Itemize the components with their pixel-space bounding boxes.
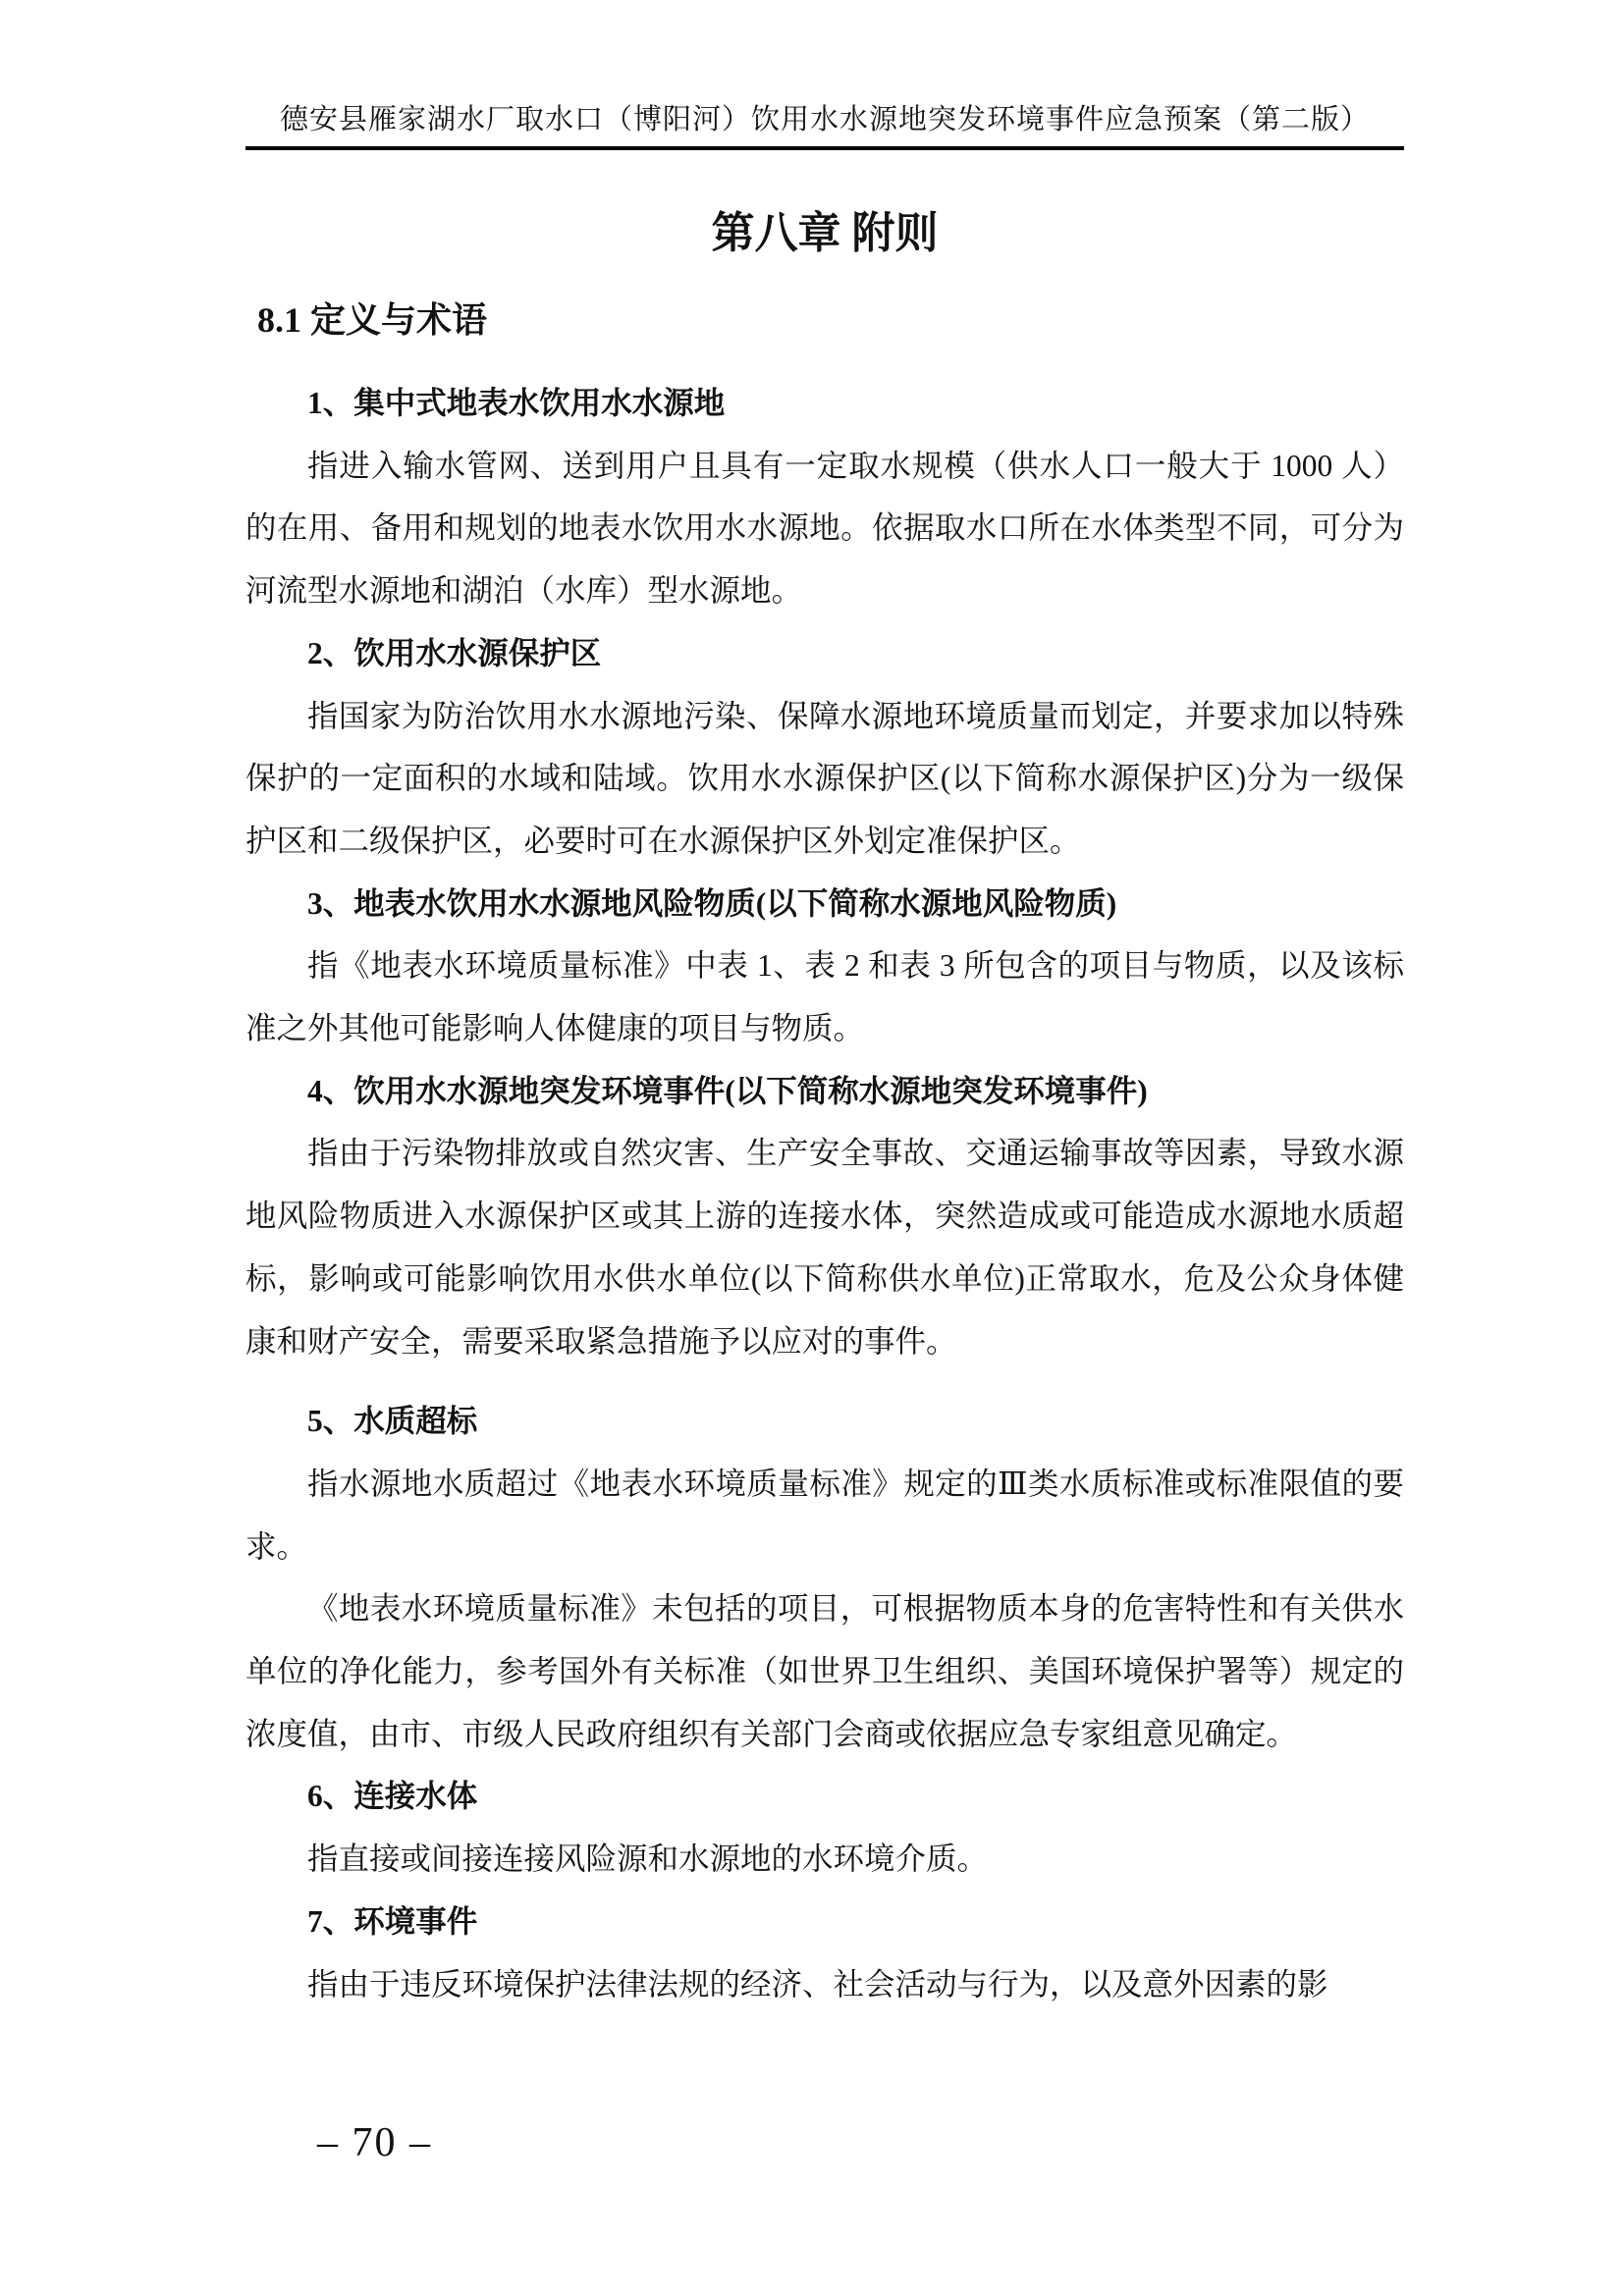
definition-item-2: 2、饮用水水源保护区 指国家为防治饮用水水源地污染、保障水源地环境质量而划定，并… <box>245 622 1404 873</box>
definition-item-4: 4、饮用水水源地突发环境事件(以下简称水源地突发环境事件) 指由于污染物排放或自… <box>245 1060 1404 1373</box>
page-number: – 70 – <box>317 2120 432 2165</box>
definition-heading: 3、地表水饮用水水源地风险物质(以下简称水源地风险物质) <box>245 873 1404 935</box>
section-heading: 8.1 定义与术语 <box>257 298 487 342</box>
chapter-title: 第八章 附则 <box>245 208 1404 259</box>
document-page: 德安县雁家湖水厂取水口（博阳河）饮用水水源地突发环境事件应急预案（第二版） 第八… <box>0 0 1624 2296</box>
definition-item-3: 3、地表水饮用水水源地风险物质(以下简称水源地风险物质) 指《地表水环境质量标准… <box>245 873 1404 1060</box>
page-header-title: 德安县雁家湖水厂取水口（博阳河）饮用水水源地突发环境事件应急预案（第二版） <box>280 104 1370 135</box>
definition-item-7: 7、环境事件 指由于违反环境保护法律法规的经济、社会活动与行为，以及意外因素的影 <box>245 1891 1404 2015</box>
definition-heading: 6、连接水体 <box>245 1765 1404 1828</box>
page-header: 德安县雁家湖水厂取水口（博阳河）饮用水水源地突发环境事件应急预案（第二版） <box>245 102 1404 150</box>
definition-paragraph: 指直接或间接连接风险源和水源地的水环境介质。 <box>245 1828 1404 1891</box>
definition-paragraph: 指由于污染物排放或自然灾害、生产安全事故、交通运输事故等因素，导致水源地风险物质… <box>245 1122 1404 1372</box>
definition-item-5: 5、水质超标 指水源地水质超过《地表水环境质量标准》规定的Ⅲ类水质标准或标准限值… <box>245 1390 1404 1765</box>
definition-heading: 1、集中式地表水饮用水水源地 <box>245 372 1404 435</box>
definition-item-6: 6、连接水体 指直接或间接连接风险源和水源地的水环境介质。 <box>245 1765 1404 1890</box>
definition-paragraph: 指《地表水环境质量标准》中表 1、表 2 和表 3 所包含的项目与物质，以及该标… <box>245 934 1404 1059</box>
definition-heading: 4、饮用水水源地突发环境事件(以下简称水源地突发环境事件) <box>245 1060 1404 1123</box>
definition-paragraph: 《地表水环境质量标准》未包括的项目，可根据物质本身的危害特性和有关供水单位的净化… <box>245 1577 1404 1765</box>
definition-heading: 2、饮用水水源保护区 <box>245 622 1404 685</box>
definition-paragraph: 指进入输水管网、送到用户且具有一定取水规模（供水人口一般大于 1000 人）的在… <box>245 435 1404 622</box>
definition-paragraph: 指国家为防治饮用水水源地污染、保障水源地环境质量而划定，并要求加以特殊保护的一定… <box>245 685 1404 873</box>
definition-item-1: 1、集中式地表水饮用水水源地 指进入输水管网、送到用户且具有一定取水规模（供水人… <box>245 372 1404 622</box>
definitions-list: 1、集中式地表水饮用水水源地 指进入输水管网、送到用户且具有一定取水规模（供水人… <box>245 372 1404 2015</box>
definition-paragraph: 指水源地水质超过《地表水环境质量标准》规定的Ⅲ类水质标准或标准限值的要求。 <box>245 1453 1404 1577</box>
definition-heading: 5、水质超标 <box>245 1390 1404 1453</box>
definition-paragraph: 指由于违反环境保护法律法规的经济、社会活动与行为，以及意外因素的影 <box>245 1953 1404 2016</box>
definition-heading: 7、环境事件 <box>245 1891 1404 1953</box>
